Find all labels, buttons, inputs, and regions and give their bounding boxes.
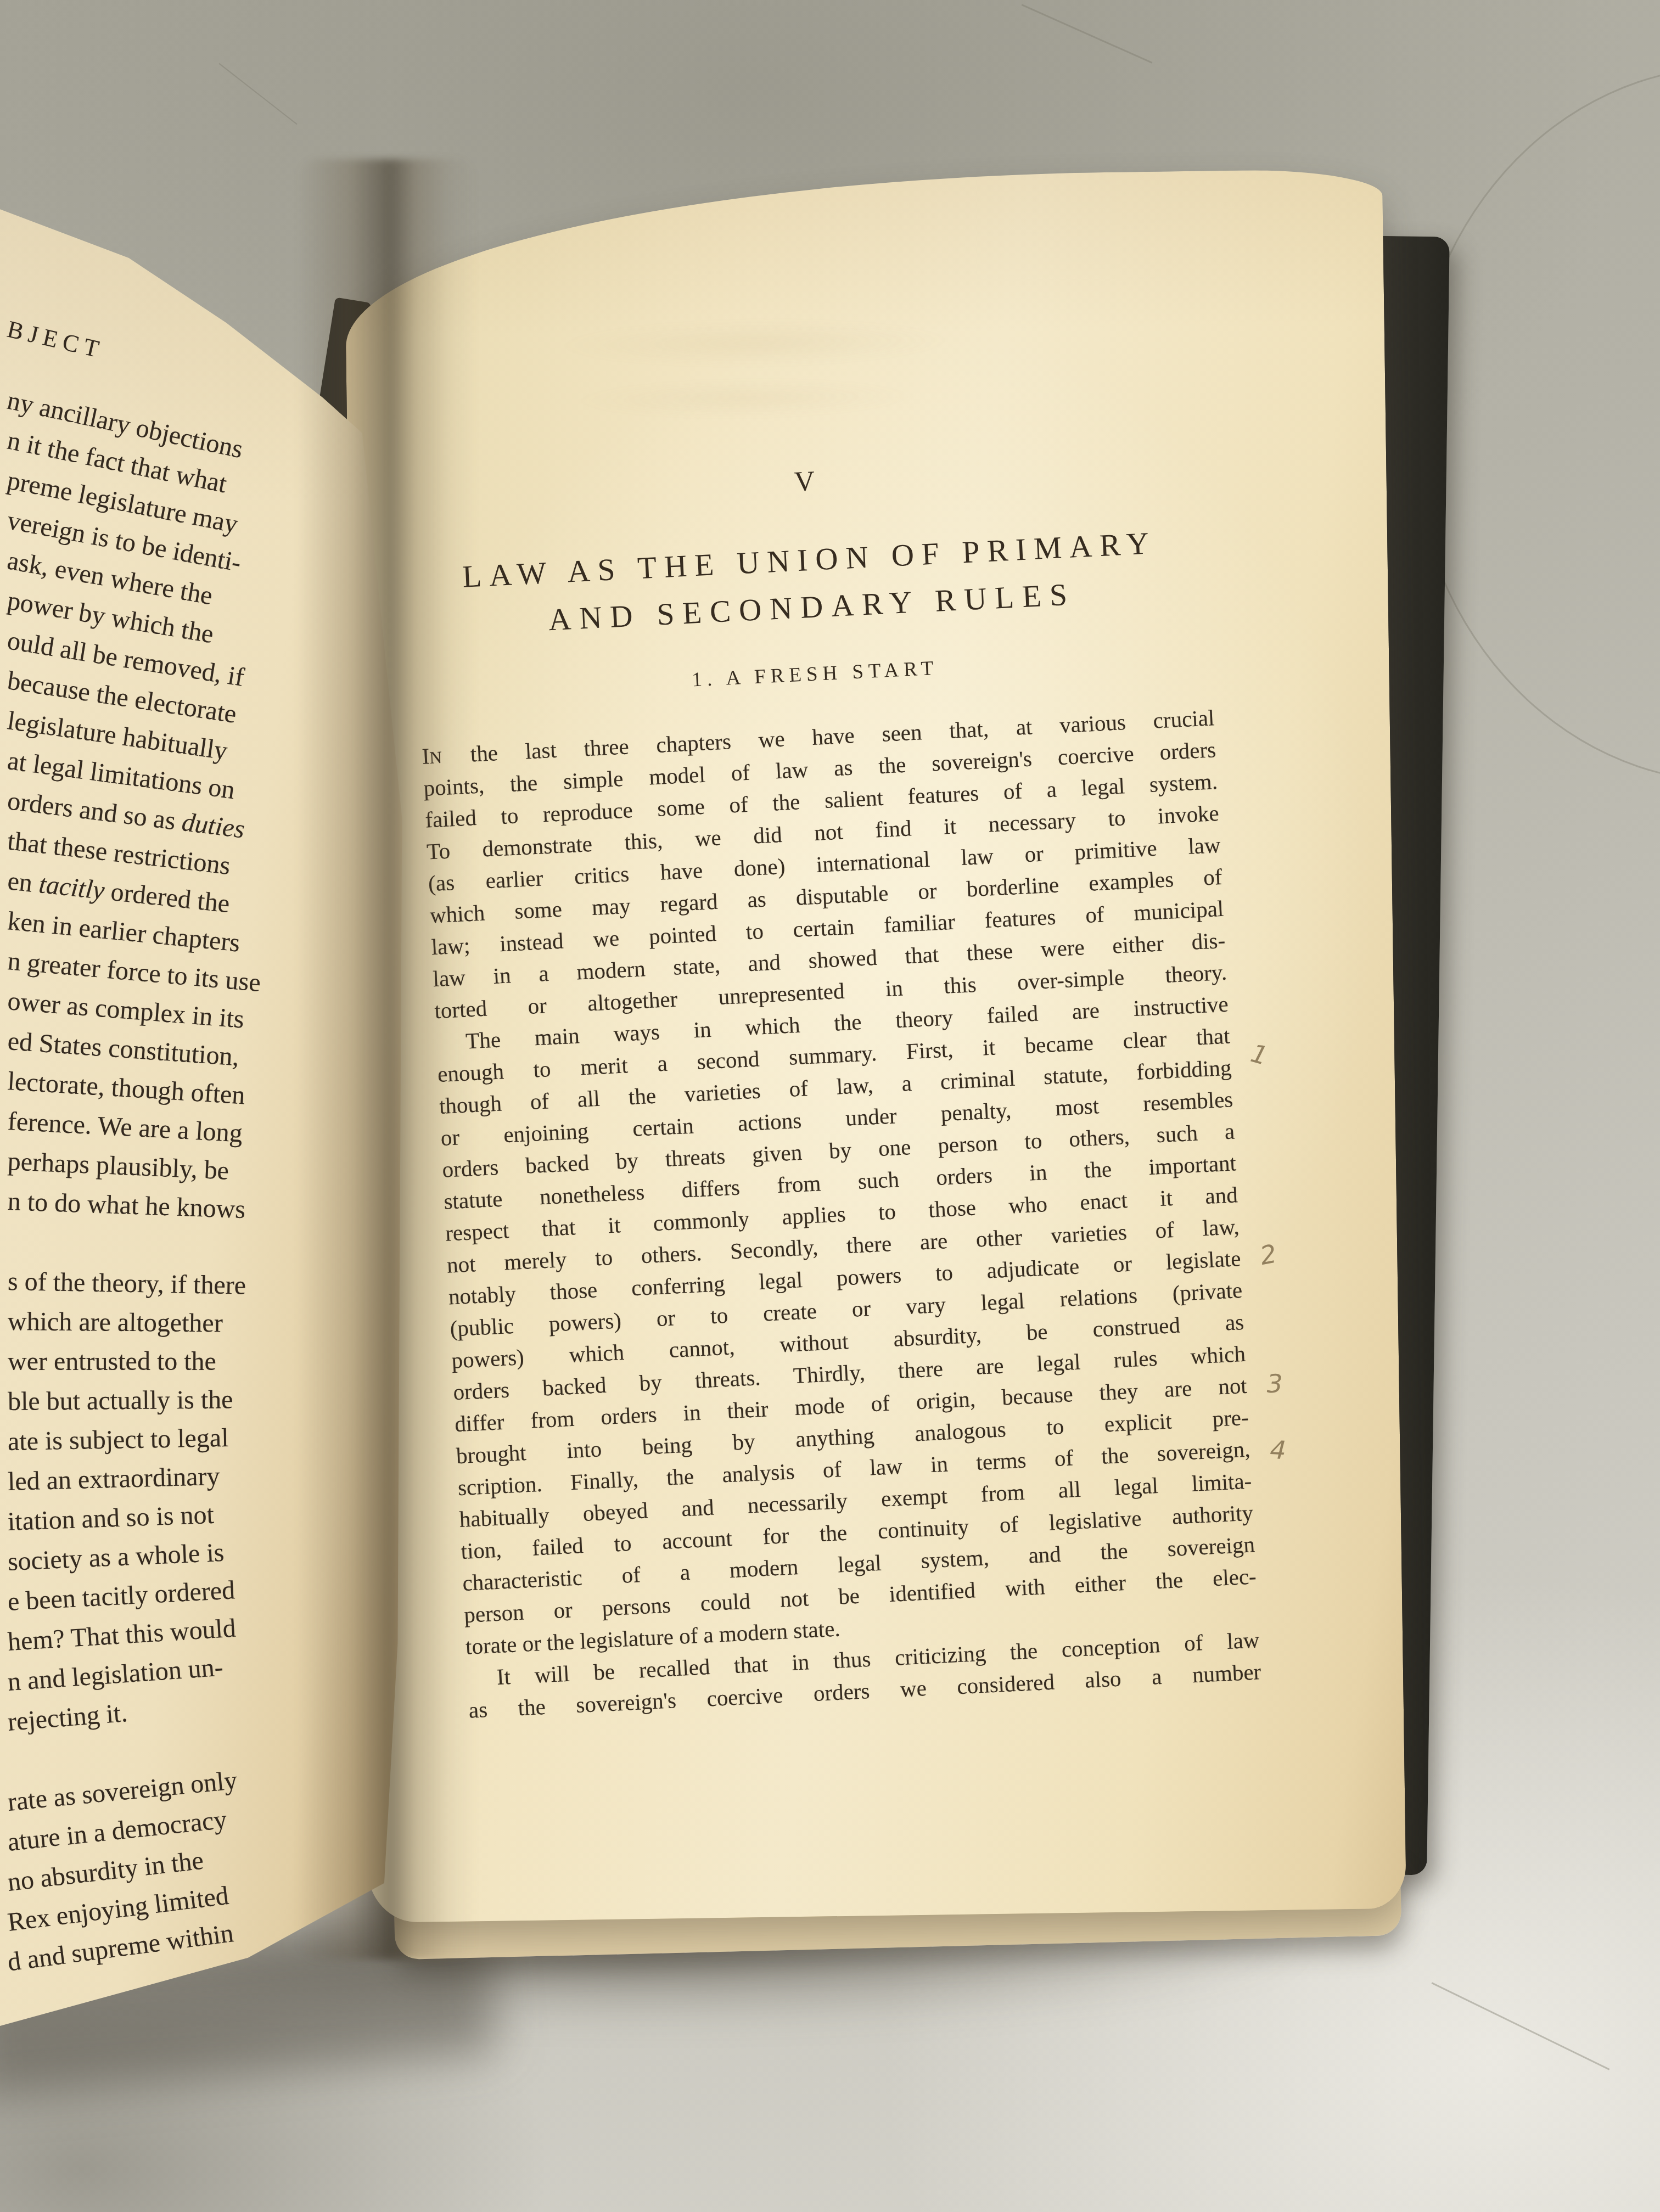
handwritten-margin-mark: 3 xyxy=(1266,1368,1300,1401)
surface-scratch-arc xyxy=(1411,66,1660,783)
right-page-content: V LAW AS THE UNION OF PRIMARY AND SECOND… xyxy=(395,155,1262,1726)
photo-open-book: V LAW AS THE UNION OF PRIMARY AND SECOND… xyxy=(0,0,1660,2212)
surface-scratch-line xyxy=(1022,4,1153,63)
handwritten-margin-mark: 2 xyxy=(1258,1236,1296,1273)
right-page-body: IN the last three chapters we have seen … xyxy=(421,701,1261,1726)
handwritten-margin-mark: 4 xyxy=(1269,1435,1304,1468)
right-page: V LAW AS THE UNION OF PRIMARY AND SECOND… xyxy=(344,169,1406,1923)
gutter-shadow xyxy=(296,159,478,1960)
surface-scratch-line xyxy=(218,63,297,125)
handwritten-margin-mark: 1 xyxy=(1247,1038,1287,1077)
chapter-number: V xyxy=(409,446,1203,518)
section-heading: 1. A FRESH START xyxy=(418,642,1212,706)
